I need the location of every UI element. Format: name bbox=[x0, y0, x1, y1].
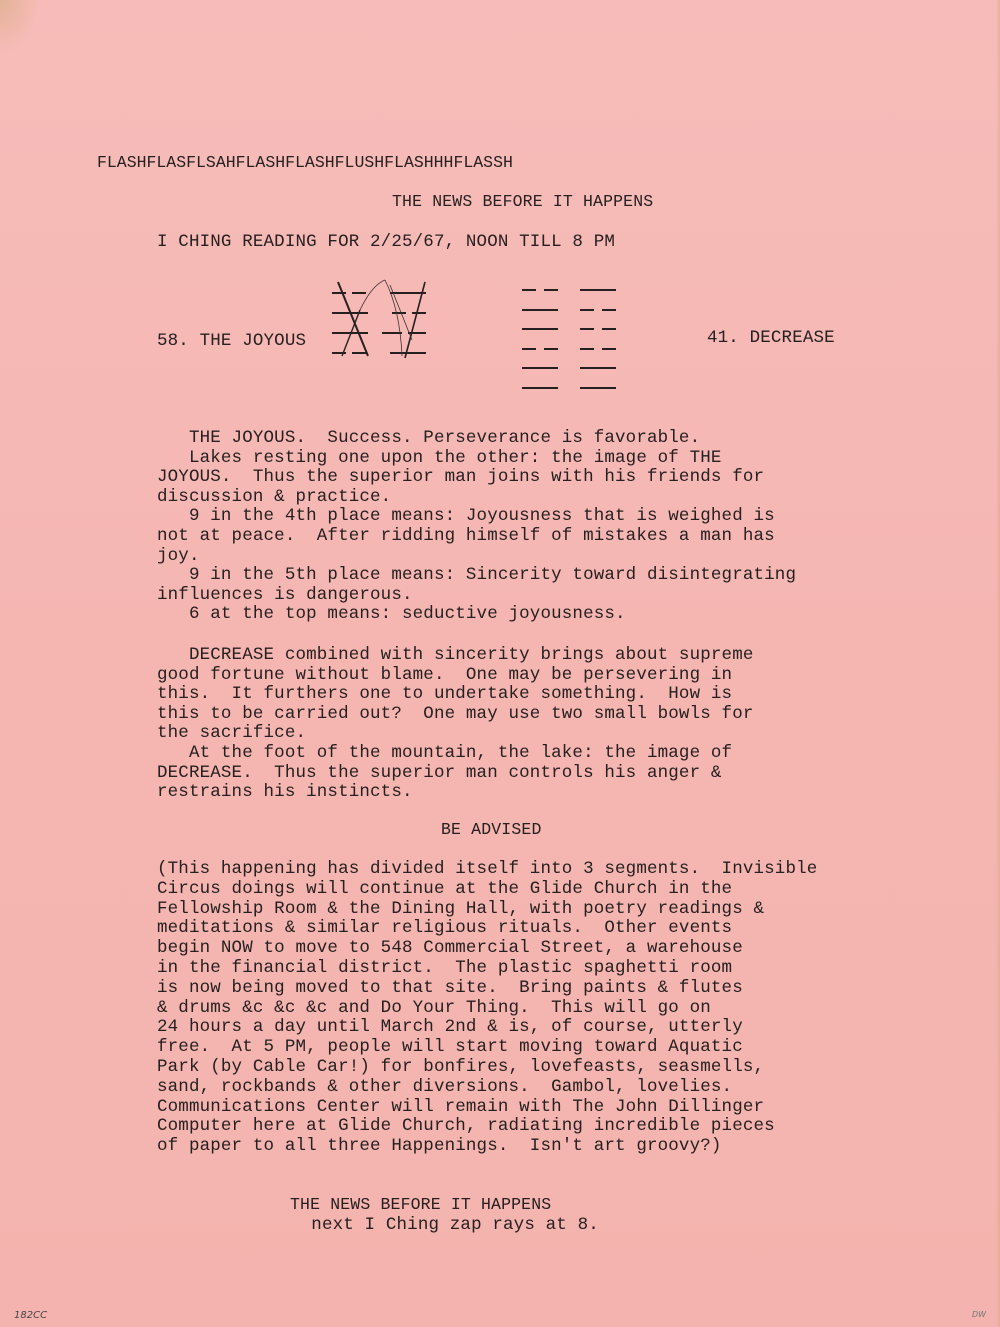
flash-line: FLASHFLASFLSAHFLASHFLASHFLUSHFLASHHHFLAS… bbox=[97, 153, 513, 173]
hexagram-broken-line bbox=[580, 328, 594, 330]
hexagram-solid-line bbox=[580, 387, 616, 389]
text-line: (This happening has divided itself into … bbox=[157, 859, 817, 879]
text-line: Park (by Cable Car!) for bonfires, lovef… bbox=[157, 1057, 764, 1077]
text-line: meditations & similar religious rituals.… bbox=[157, 918, 732, 938]
archive-number-note: 182CC bbox=[14, 1310, 47, 1321]
hexagram-broken-line bbox=[522, 348, 536, 350]
hexagram-broken-line bbox=[544, 348, 558, 350]
text-line: discussion & practice. bbox=[157, 487, 391, 507]
text-line: JOYOUS. Thus the superior man joins with… bbox=[157, 467, 764, 487]
hexagram-solid-line bbox=[580, 289, 616, 291]
text-line: good fortune without blame. One may be p… bbox=[157, 665, 732, 685]
hexagram-solid-line bbox=[522, 387, 558, 389]
text-line: Computer here at Glide Church, radiating… bbox=[157, 1116, 775, 1136]
be-advised-heading: BE ADVISED bbox=[441, 820, 542, 840]
hexagram-solid-line bbox=[580, 367, 616, 369]
text-line: begin NOW to move to 548 Commercial Stre… bbox=[157, 938, 743, 958]
text-line: joy. bbox=[157, 546, 200, 566]
text-line: sand, rockbands & other diversions. Gamb… bbox=[157, 1077, 732, 1097]
hexagram-broken-line bbox=[580, 348, 594, 350]
text-line: 9 in the 5th place means: Sincerity towa… bbox=[157, 565, 796, 585]
text-line: 24 hours a day until March 2nd & is, of … bbox=[157, 1017, 743, 1037]
hexagram-middle bbox=[520, 285, 620, 395]
text-line: THE JOYOUS. Success. Perseverance is fav… bbox=[157, 428, 700, 448]
text-line: 9 in the 4th place means: Joyousness tha… bbox=[157, 506, 775, 526]
hexagram-broken-line bbox=[544, 289, 558, 291]
text-line: of paper to all three Happenings. Isn't … bbox=[157, 1136, 722, 1156]
hexagram-solid-line bbox=[522, 367, 558, 369]
paper-edge bbox=[996, 0, 1000, 1327]
text-line: restrains his instincts. bbox=[157, 782, 413, 802]
text-line: free. At 5 PM, people will start moving … bbox=[157, 1037, 743, 1057]
hexagram-broken-line bbox=[602, 348, 616, 350]
text-line: influences is dangerous. bbox=[157, 585, 413, 605]
reading-title: I CHING READING FOR 2/25/67, NOON TILL 8… bbox=[157, 232, 615, 252]
text-line: Communications Center will remain with T… bbox=[157, 1097, 764, 1117]
footer-line-2: next I Ching zap rays at 8. bbox=[290, 1215, 599, 1235]
text-line: this to be carried out? One may use two … bbox=[157, 704, 754, 724]
hexagram-broken-line bbox=[522, 289, 536, 291]
cross-out-strokes bbox=[330, 280, 430, 360]
hexagram-right-label: 41. DECREASE bbox=[707, 328, 835, 348]
text-line: DECREASE. Thus the superior man controls… bbox=[157, 763, 722, 783]
hexagram-left-label: 58. THE JOYOUS bbox=[157, 331, 306, 351]
text-line: DECREASE combined with sincerity brings … bbox=[157, 645, 754, 665]
hexagram-solid-line bbox=[522, 309, 558, 311]
text-line: Circus doings will continue at the Glide… bbox=[157, 879, 732, 899]
text-line: At the foot of the mountain, the lake: t… bbox=[157, 743, 732, 763]
hexagram-broken-line bbox=[580, 309, 594, 311]
text-line: in the financial district. The plastic s… bbox=[157, 958, 732, 978]
footer-line-1: THE NEWS BEFORE IT HAPPENS bbox=[290, 1195, 551, 1215]
text-line: is now being moved to that site. Bring p… bbox=[157, 978, 743, 998]
hexagram-solid-line bbox=[522, 328, 558, 330]
subtitle: THE NEWS BEFORE IT HAPPENS bbox=[392, 192, 653, 212]
text-line: the sacrifice. bbox=[157, 723, 306, 743]
text-line: 6 at the top means: seductive joyousness… bbox=[157, 604, 626, 624]
text-line: Lakes resting one upon the other: the im… bbox=[157, 448, 722, 468]
text-line: & drums &c &c &c and Do Your Thing. This… bbox=[157, 998, 711, 1018]
hexagram-left-crossed bbox=[330, 280, 430, 360]
text-line: this. It furthers one to undertake somet… bbox=[157, 684, 732, 704]
hexagram-broken-line bbox=[602, 309, 616, 311]
text-line: not at peace. After ridding himself of m… bbox=[157, 526, 775, 546]
text-line: Fellowship Room & the Dining Hall, with … bbox=[157, 899, 764, 919]
hexagram-broken-line bbox=[602, 328, 616, 330]
initials-note: DW bbox=[972, 1310, 986, 1319]
